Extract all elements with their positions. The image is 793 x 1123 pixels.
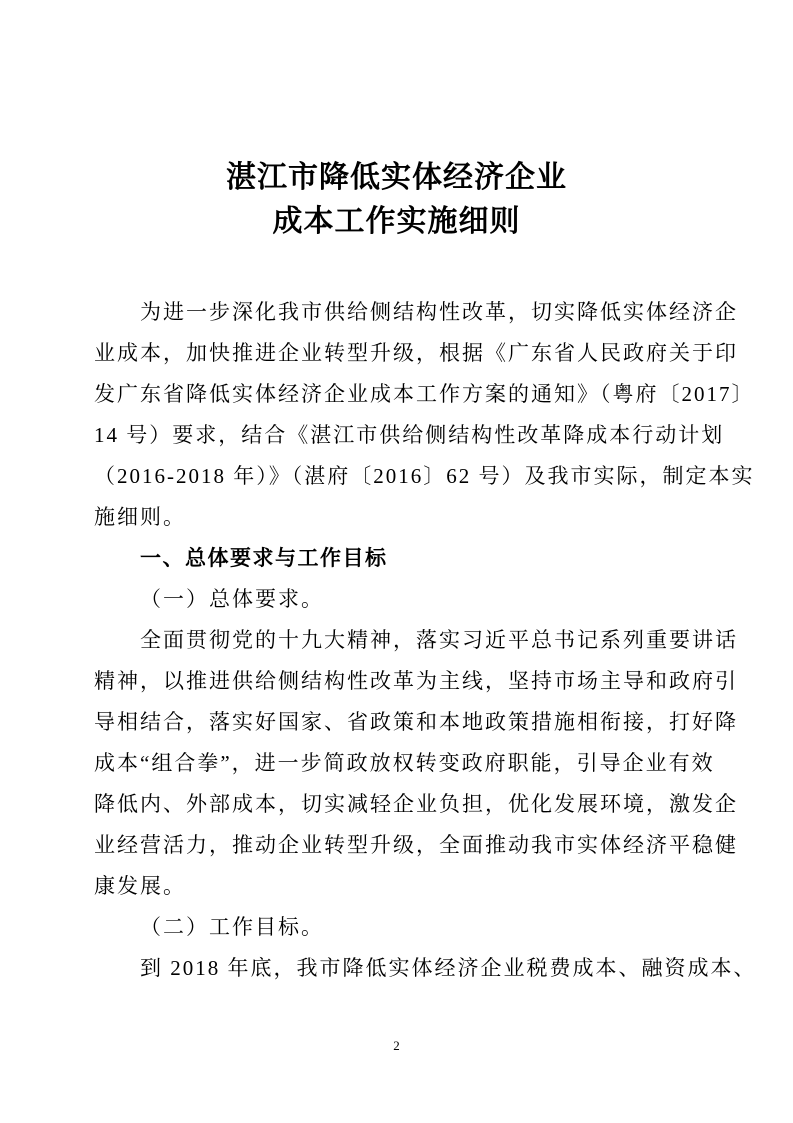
text-line-body: 精神，以推进供给侧结构性改革为主线，坚持市场主导和政府引 [94, 661, 710, 702]
text-line-body: 为进一步深化我市供给侧结构性改革，切实降低实体经济企 [94, 292, 710, 333]
document-body: 为进一步深化我市供给侧结构性改革，切实降低实体经济企业成本，加快推进企业转型升级… [94, 292, 710, 989]
text-line-body: 全面贯彻党的十九大精神，落实习近平总书记系列重要讲话 [94, 620, 710, 661]
text-line-body: 发广东省降低实体经济企业成本工作方案的通知》（粤府〔2017〕 [94, 374, 710, 415]
page-number: 2 [0, 1036, 793, 1056]
text-line-body: 降低内、外部成本，切实减轻企业负担，优化发展环境，激发企 [94, 784, 710, 825]
text-line-body: 业经营活力，推动企业转型升级，全面推动我市实体经济平稳健 [94, 825, 710, 866]
document-title: 湛江市降低实体经济企业 成本工作实施细则 [0, 156, 793, 244]
document-title-line2: 成本工作实施细则 [0, 200, 793, 244]
text-line-body: （2016-2018 年）》（湛府〔2016〕62 号）及我市实际，制定本实 [94, 456, 710, 497]
text-line-body: 业成本，加快推进企业转型升级，根据《广东省人民政府关于印 [94, 333, 710, 374]
text-line-subheading: （二）工作目标。 [94, 907, 710, 948]
text-line-body: 施细则。 [94, 497, 710, 538]
document-title-line1: 湛江市降低实体经济企业 [0, 156, 793, 200]
text-line-body: 14 号）要求，结合《湛江市供给侧结构性改革降成本行动计划 [94, 415, 710, 456]
text-line-body: 到 2018 年底，我市降低实体经济企业税费成本、融资成本、 [94, 948, 710, 989]
text-line-body: 康发展。 [94, 866, 710, 907]
text-line-body: 导相结合，落实好国家、省政策和本地政策措施相衔接，打好降 [94, 702, 710, 743]
text-line-heading: 一、总体要求与工作目标 [94, 538, 710, 579]
text-line-subheading: （一）总体要求。 [94, 579, 710, 620]
document-page: 湛江市降低实体经济企业 成本工作实施细则 为进一步深化我市供给侧结构性改革，切实… [0, 0, 793, 1123]
text-line-body: 成本“组合拳”，进一步简政放权转变政府职能，引导企业有效 [94, 743, 710, 784]
